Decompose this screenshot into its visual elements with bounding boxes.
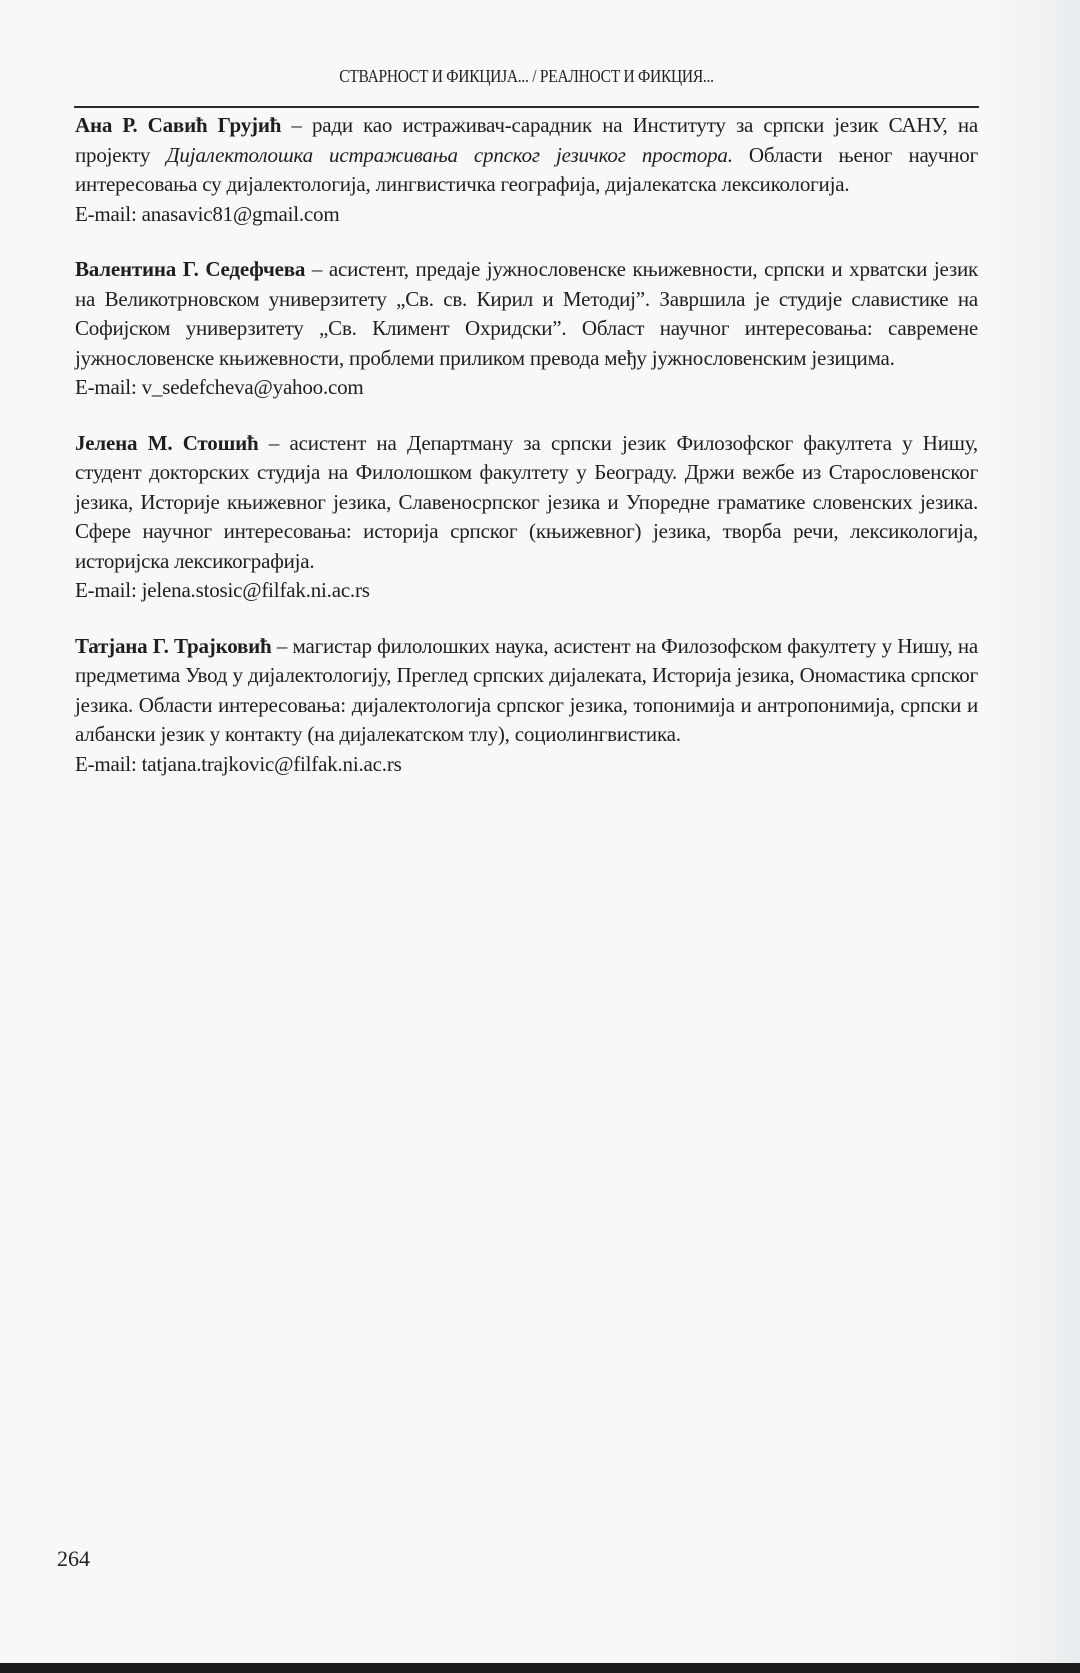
contributor-bio: Татјана Г. Трајковић – магистар филолошк… — [75, 632, 978, 750]
scan-edge — [0, 1663, 1080, 1673]
contributor-email: E-mail: tatjana.trajkovic@filfak.ni.ac.r… — [75, 750, 978, 780]
contributor-bio: Валентина Г. Седефчева – асистент, преда… — [75, 255, 978, 373]
contributor-entry: Татјана Г. Трајковић – магистар филолошк… — [75, 632, 978, 780]
contributor-email: E-mail: jelena.stosic@filfak.ni.ac.rs — [75, 576, 978, 606]
contributor-list: Ана Р. Савић Грујић – ради као истражива… — [75, 111, 978, 805]
contributor-email: E-mail: v_sedefcheva@yahoo.com — [75, 373, 978, 403]
contributor-email: E-mail: anasavic81@gmail.com — [75, 200, 978, 230]
contributor-bio: Ана Р. Савић Грујић – ради као истражива… — [75, 111, 978, 200]
contributor-name: Валентина Г. Седефчева — [75, 257, 305, 281]
contributor-name: Татјана Г. Трајковић — [75, 634, 272, 658]
page-edge-shadow — [990, 0, 1080, 1673]
page-number: 264 — [57, 1546, 90, 1572]
contributor-entry: Јелена М. Стошић – асистент на Департман… — [75, 429, 978, 606]
contributor-name: Ана Р. Савић Грујић — [75, 113, 281, 137]
contributor-entry: Ана Р. Савић Грујић – ради као истражива… — [75, 111, 978, 229]
running-head: СТВАРНОСТ И ФИКЦИЈА... / РЕАЛНОСТ И ФИКЦ… — [138, 66, 915, 87]
project-title: Дијалектолошка истраживања српског језич… — [166, 143, 733, 167]
contributor-entry: Валентина Г. Седефчева – асистент, преда… — [75, 255, 978, 403]
header-rule — [74, 106, 979, 108]
contributor-name: Јелена М. Стошић — [75, 431, 258, 455]
contributor-bio: Јелена М. Стошић – асистент на Департман… — [75, 429, 978, 577]
